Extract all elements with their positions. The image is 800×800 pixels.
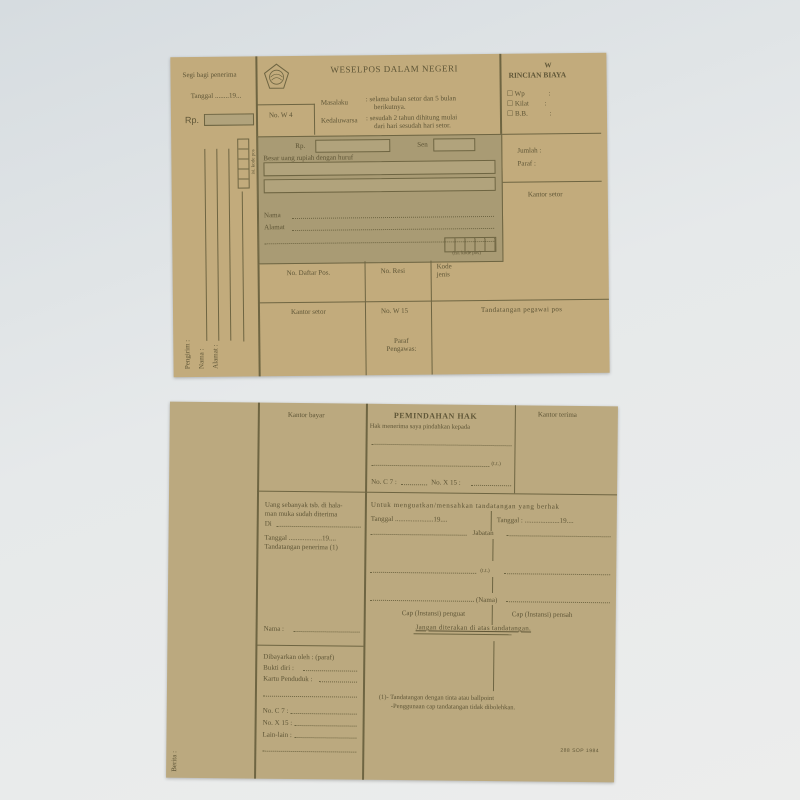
transfer-c7-field[interactable]: [401, 484, 427, 485]
form-title: WESELPOS DALAM NEGERI: [330, 63, 458, 75]
name-field-left[interactable]: [370, 600, 474, 602]
money-order-form-front: Segi bagi penerima Tanggal ........19...…: [170, 53, 609, 378]
amount-sen-label: Sen: [417, 141, 428, 149]
footnote-2: -Penggunaan cap tandatangan tidak dibole…: [391, 703, 515, 712]
deposit-office-label: Kantor setor: [291, 308, 326, 316]
fees-total-label: Jumlah :: [517, 146, 541, 154]
id-card-label: Kartu Penduduk :: [263, 675, 312, 684]
form-number: No. W 4: [269, 111, 293, 119]
payment-x15-label: No. X 15 :: [263, 719, 293, 727]
receipt-text-1: Uang sebanyak tsb. di hala-: [265, 501, 343, 510]
id-card-field[interactable]: [319, 681, 357, 682]
transfer-title: PEMINDAHAN HAK: [394, 411, 477, 421]
fees-initial-label: Paraf :: [517, 159, 536, 167]
validity-text-2: berikutnya.: [374, 103, 406, 111]
stub-amount-label: Rp.: [185, 115, 199, 125]
fee-item-label: Wp: [515, 90, 525, 98]
fee-sep: :: [545, 99, 547, 107]
verification-heading: Untuk menguatkan/mensahkan tandatangan y…: [371, 501, 560, 511]
expiry-label: Kedaluwarsa: [321, 116, 358, 124]
fee-item-wp[interactable]: ☐ Wp :: [507, 89, 551, 98]
amount-words-field-2[interactable]: [264, 177, 496, 193]
payment-other-label: Lain-lain :: [262, 731, 291, 739]
amount-sen-field[interactable]: [433, 138, 475, 151]
transfer-x15-label: No. X 15 :: [431, 478, 461, 486]
position-field-left[interactable]: [371, 534, 467, 536]
transfer-c7-label: No. C 7 :: [371, 478, 397, 486]
receipt-text-2: man muka sudah diterima: [265, 510, 338, 519]
expiry-text-2: dari hari sesudah hari setor.: [374, 121, 451, 130]
paid-by-label: Dibayarkan oleh : (paraf): [263, 653, 334, 662]
pay-office-label: Kantor bayar: [288, 411, 325, 419]
amount-rp-label: Rp.: [295, 142, 305, 150]
transfer-recipient-field[interactable]: [372, 444, 512, 446]
fee-item-kilat[interactable]: ☐ Kilat :: [507, 99, 547, 107]
fee-sep: :: [548, 89, 550, 97]
print-code: 288 SOP 1984: [560, 749, 599, 755]
receipt-number-label: No. Resi: [381, 267, 406, 275]
postal-officer-signature-label: Tandatangan pegawai pos: [481, 305, 562, 314]
recipient-postcode-boxes[interactable]: [444, 237, 496, 253]
payment-other-field[interactable]: [294, 737, 356, 739]
money-order-form-back: Berita : Kantor bayar PEMINDAHAN HAK Hak…: [166, 402, 618, 783]
verification-name-label: (Nama): [476, 596, 497, 604]
footnote-1: (1)- Tandatangan dengan tinta atau ballp…: [379, 694, 494, 703]
w15-number-label: No. W 15: [381, 307, 408, 315]
type-code-label: Kode jenis: [437, 262, 457, 278]
money-order-number-label: No. Daftar Pos.: [287, 269, 331, 278]
position-field-right[interactable]: [507, 535, 611, 537]
recipient-name-label: Nama: [264, 211, 281, 219]
news-label: Berita :: [170, 751, 178, 772]
receipt-name-field[interactable]: [294, 631, 360, 633]
verification-date-left: Tanggal ......................19....: [371, 515, 448, 524]
fees-code: W: [544, 61, 551, 69]
verification-date-right: Tanggal : ....................19....: [497, 516, 574, 525]
receipt-at-label: Di: [265, 520, 272, 528]
recipient-postcode-label: (isi. kode pos): [452, 251, 481, 257]
verification-sig-label: (t.t.): [480, 568, 490, 574]
form-number-box: [257, 104, 315, 136]
sender-label: Pengirim :: [183, 340, 191, 369]
fees-heading: RINCIAN BIAYA: [509, 71, 567, 80]
stub-date-label: Tanggal ........19...: [191, 92, 242, 101]
transfer-text: Hak menerima saya pindahkan kepada: [370, 423, 470, 432]
amount-words-field-1[interactable]: [263, 160, 495, 176]
receive-office-label: Kantor terima: [538, 411, 577, 419]
position-label: Jabatan: [473, 529, 494, 537]
id-proof-label: Bukti diri :: [263, 664, 294, 672]
fee-item-label: Kilat: [515, 100, 529, 108]
recipient-address-label: Alamat: [264, 223, 285, 231]
transfer-x15-field[interactable]: [471, 485, 511, 486]
signature-field-left[interactable]: [370, 572, 476, 574]
transfer-signature-field[interactable]: [371, 465, 489, 467]
receipt-at-field[interactable]: [277, 526, 361, 528]
post-logo-icon: [262, 62, 290, 90]
receipt-name-label: Nama :: [264, 625, 285, 633]
stamp-right-label: Cap (Instansi) pensah: [512, 610, 573, 619]
signature-field-right[interactable]: [504, 573, 610, 575]
fee-item-bb[interactable]: ☐ B.B. :: [507, 109, 552, 118]
receipt-signature-label: Tandatangan penerima (1): [264, 543, 337, 552]
left-margin-line: [254, 403, 260, 779]
id-proof-field[interactable]: [303, 670, 357, 672]
amount-rupiah-field[interactable]: [315, 139, 390, 153]
stub-amount-field[interactable]: [204, 113, 254, 126]
stub-heading: Segi bagi penerima: [182, 71, 236, 80]
payment-x15-field[interactable]: [295, 725, 357, 727]
sender-address-label: Alamat :: [211, 344, 219, 368]
supervisor-initial-label: Paraf Pengawas:: [383, 337, 419, 353]
stub-postcode-boxes[interactable]: [237, 138, 250, 188]
stamp-left-label: Cap (Instansi) penguat: [402, 609, 465, 618]
fee-item-label: B.B.: [515, 110, 528, 118]
fee-sep: :: [550, 109, 552, 117]
payment-c7-label: No. C 7 :: [263, 707, 289, 715]
sender-name-label: Nama :: [197, 349, 205, 370]
transfer-sig-mark: (t.t.): [491, 461, 501, 467]
receipt-date-label: Tanggal ...................19....: [265, 534, 337, 543]
name-field-right[interactable]: [506, 601, 610, 603]
fees-office-label: Kantor setor: [528, 190, 563, 198]
validity-text-1: : selama bulan setor dan 5 bulan: [366, 94, 456, 103]
payment-c7-field[interactable]: [291, 713, 357, 715]
validity-label: Masalaku: [321, 98, 348, 106]
verification-warning: Jangan diterakan di atas tandatangan.: [416, 623, 532, 632]
